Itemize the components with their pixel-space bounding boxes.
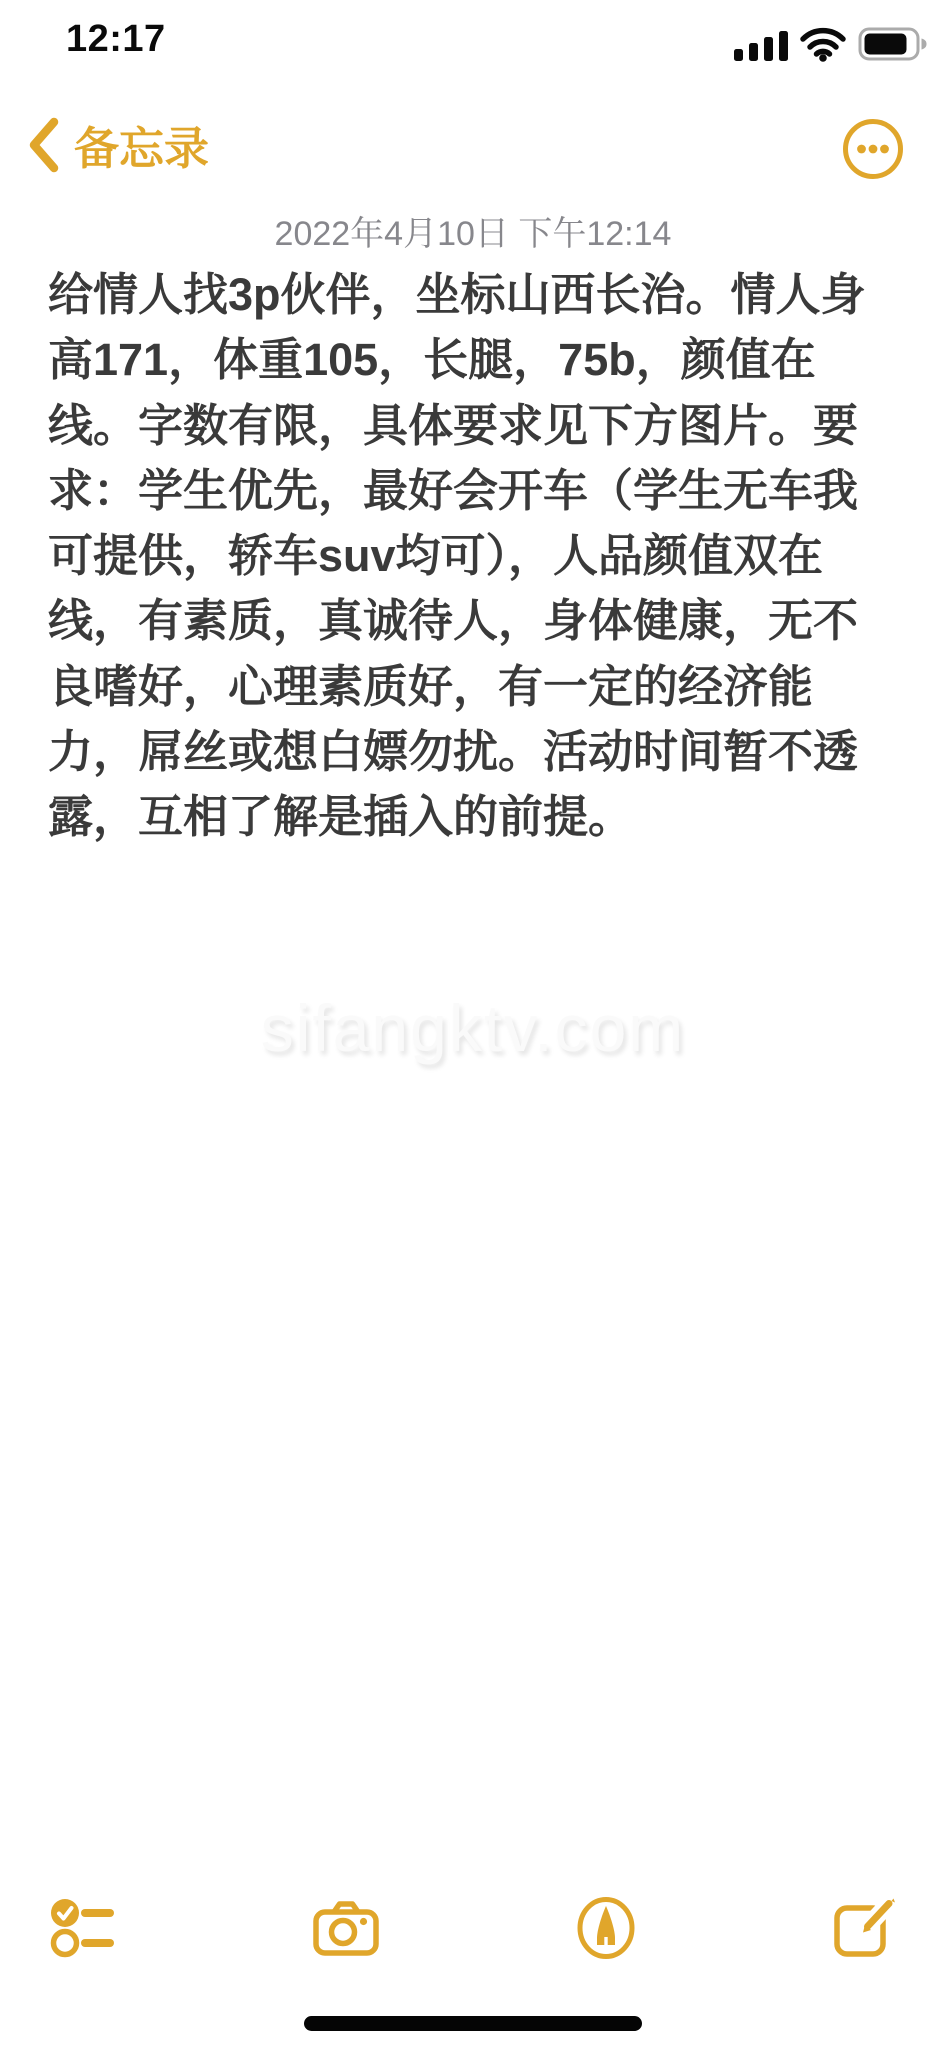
- camera-button[interactable]: [313, 1900, 379, 1956]
- back-button[interactable]: 备忘录: [26, 112, 209, 177]
- status-time: 12:17: [66, 18, 166, 61]
- note-body[interactable]: 给情人找3p伙伴，坐标山西长治。情人身高171，体重105，长腿，75b，颜值在…: [48, 262, 898, 849]
- ellipsis-circle-icon: [842, 118, 904, 180]
- status-icons: [734, 26, 928, 62]
- checklist-button[interactable]: [50, 1898, 114, 1958]
- more-button[interactable]: [842, 118, 904, 180]
- camera-icon: [313, 1900, 379, 1956]
- checklist-icon: [50, 1898, 114, 1958]
- note-date: 2022年4月10日 下午12:14: [0, 206, 946, 255]
- wifi-icon: [799, 26, 847, 62]
- back-button-label: 备忘录: [74, 112, 209, 177]
- home-indicator[interactable]: [304, 2016, 642, 2031]
- bottom-toolbar: [0, 1892, 946, 1964]
- compose-icon: [834, 1897, 896, 1959]
- chevron-left-icon: [26, 116, 60, 174]
- compose-button[interactable]: [834, 1897, 896, 1959]
- nav-bar: 备忘录: [0, 104, 946, 190]
- notes-app-screen: 12:17: [0, 0, 946, 2048]
- cellular-signal-icon: [734, 27, 788, 61]
- status-bar: 12:17: [0, 0, 946, 70]
- markup-pen-icon: [577, 1897, 635, 1959]
- watermark: sifangktv.com: [0, 990, 946, 1066]
- markup-button[interactable]: [577, 1897, 635, 1959]
- battery-icon: [858, 27, 928, 61]
